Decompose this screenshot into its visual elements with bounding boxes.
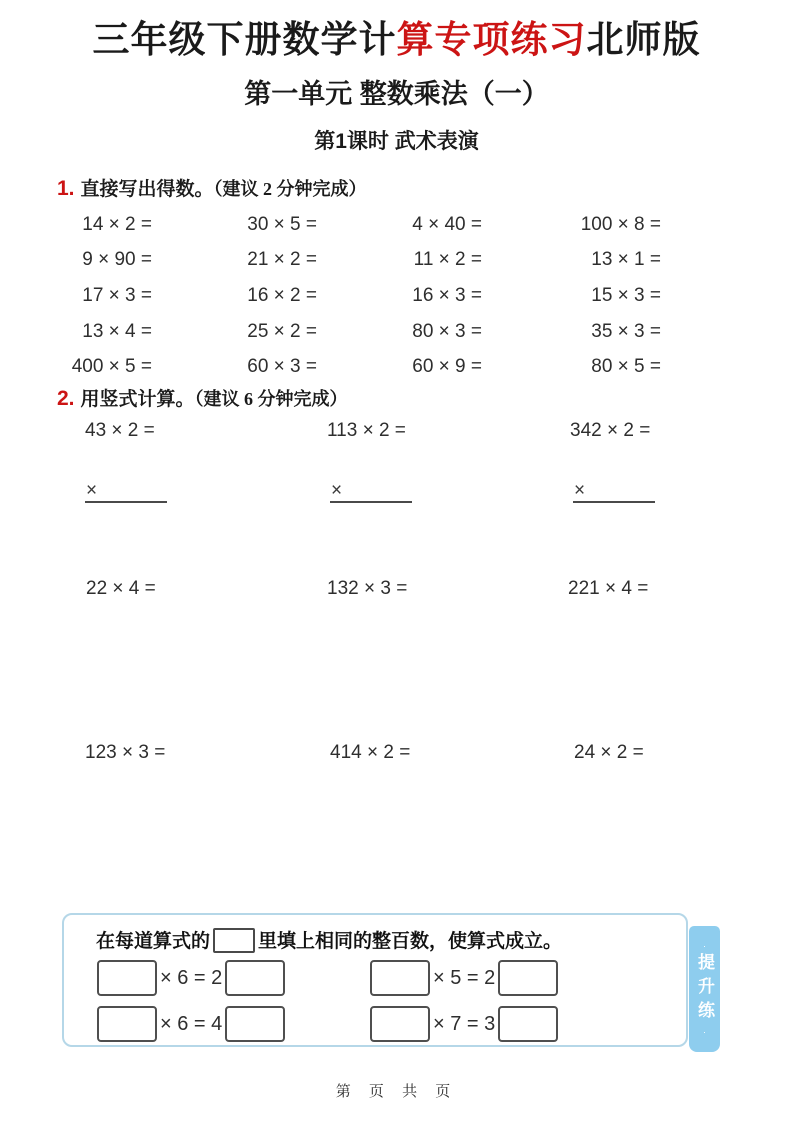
expression: 11 × 2 = <box>317 249 482 271</box>
lesson-heading: 第1课时 武术表演 <box>0 128 793 156</box>
problem1-header: 1.直接写出得数。（建议 2 分钟完成） <box>57 176 367 203</box>
problem2-header: 2.用竖式计算。（建议 6 分钟完成） <box>57 386 348 413</box>
expression: 13 × 4 = <box>60 321 152 343</box>
problem2-instruction: 用竖式计算。 <box>81 389 195 410</box>
title-segment-right: 北师版 <box>587 19 701 60</box>
title-segment-left: 三年级下册数学计 <box>93 19 397 60</box>
equation-text: × 7 = 3 <box>433 1013 495 1036</box>
expression: 400 × 5 = <box>60 356 152 378</box>
problem1-time-suggestion: （建议 2 分钟完成） <box>214 179 367 199</box>
expression: 17 × 3 = <box>60 285 152 307</box>
inline-blank-box[interactable] <box>213 928 255 953</box>
equation-text: × 6 = 2 <box>160 967 222 990</box>
title-segment-red: 算专项练习 <box>397 19 587 60</box>
equation-group: × 5 = 2 <box>370 960 558 996</box>
expression: 123 × 3 = <box>85 740 165 766</box>
expression: 14 × 2 = <box>60 214 152 236</box>
challenge-instruction: 在每道算式的里填上相同的整百数，使算式成立。 <box>96 926 562 953</box>
expression: 113 × 2 = <box>327 418 406 444</box>
page-title: 三年级下册数学计算专项练习北师版 <box>0 18 793 62</box>
tab-dot: · <box>703 939 706 953</box>
expression: 9 × 90 = <box>60 249 152 271</box>
expression: 21 × 2 = <box>152 249 317 271</box>
expression: 60 × 3 = <box>152 356 317 378</box>
problem1-number: 1. <box>57 177 75 200</box>
level-up-practice-tab: · 提升练 · <box>689 926 720 1052</box>
problem2-time-suggestion: （建议 6 分钟完成） <box>195 389 348 409</box>
expression: 25 × 2 = <box>152 321 317 343</box>
expression: 24 × 2 = <box>574 740 644 766</box>
multiply-sign: × <box>331 481 342 500</box>
problem2-number: 2. <box>57 387 75 410</box>
unit-heading: 第一单元 整数乘法（一） <box>0 76 793 112</box>
expression: 16 × 3 = <box>317 285 482 307</box>
blank-box[interactable] <box>97 960 157 996</box>
expression: 80 × 5 = <box>482 356 661 378</box>
blank-box[interactable] <box>225 960 285 996</box>
expression: 132 × 3 = <box>327 576 407 602</box>
expression: 30 × 5 = <box>152 214 317 236</box>
expression: 22 × 4 = <box>86 576 156 602</box>
equation-group: × 6 = 2 <box>97 960 285 996</box>
vertical-calc-template[interactable]: × <box>85 470 167 503</box>
equation-group: × 6 = 4 <box>97 1006 285 1042</box>
challenge-box: 在每道算式的里填上相同的整百数，使算式成立。 × 6 = 2 × 5 = 2 ×… <box>62 913 688 1047</box>
expression: 342 × 2 = <box>570 418 650 444</box>
expression: 414 × 2 = <box>330 740 410 766</box>
blank-box[interactable] <box>498 960 558 996</box>
blank-box[interactable] <box>370 960 430 996</box>
expression: 15 × 3 = <box>482 285 661 307</box>
problem2-row-3: 123 × 3 = 414 × 2 = 24 × 2 = <box>0 740 793 766</box>
problem1-grid: 14 × 2 = 30 × 5 = 4 × 40 = 100 × 8 = 9 ×… <box>60 207 661 385</box>
blank-box[interactable] <box>370 1006 430 1042</box>
blank-box[interactable] <box>97 1006 157 1042</box>
challenge-instruction-after: 里填上相同的整百数，使算式成立。 <box>258 931 562 952</box>
tab-label: 提升练 <box>692 953 717 1025</box>
expression: 16 × 2 = <box>152 285 317 307</box>
multiply-sign: × <box>574 481 585 500</box>
equation-text: × 6 = 4 <box>160 1013 222 1036</box>
equation-text: × 5 = 2 <box>433 967 495 990</box>
expression: 35 × 3 = <box>482 321 661 343</box>
expression: 100 × 8 = <box>482 214 661 236</box>
expression: 13 × 1 = <box>482 249 661 271</box>
tab-dot: · <box>703 1025 706 1039</box>
problem1-instruction: 直接写出得数。 <box>81 179 214 200</box>
footer-page-label: 第 页 共 页 <box>0 1080 793 1101</box>
vertical-calc-template[interactable]: × <box>573 470 655 503</box>
multiply-sign: × <box>86 481 97 500</box>
problem2-row-2: 22 × 4 = 132 × 3 = 221 × 4 = <box>0 576 793 602</box>
problem2-row-1: 43 × 2 = 113 × 2 = 342 × 2 = <box>0 418 793 444</box>
equation-group: × 7 = 3 <box>370 1006 558 1042</box>
expression: 60 × 9 = <box>317 356 482 378</box>
expression: 43 × 2 = <box>85 418 155 444</box>
vertical-calc-template[interactable]: × <box>330 470 412 503</box>
challenge-instruction-before: 在每道算式的 <box>96 931 210 952</box>
expression: 4 × 40 = <box>317 214 482 236</box>
expression: 221 × 4 = <box>568 576 648 602</box>
blank-box[interactable] <box>498 1006 558 1042</box>
blank-box[interactable] <box>225 1006 285 1042</box>
expression: 80 × 3 = <box>317 321 482 343</box>
